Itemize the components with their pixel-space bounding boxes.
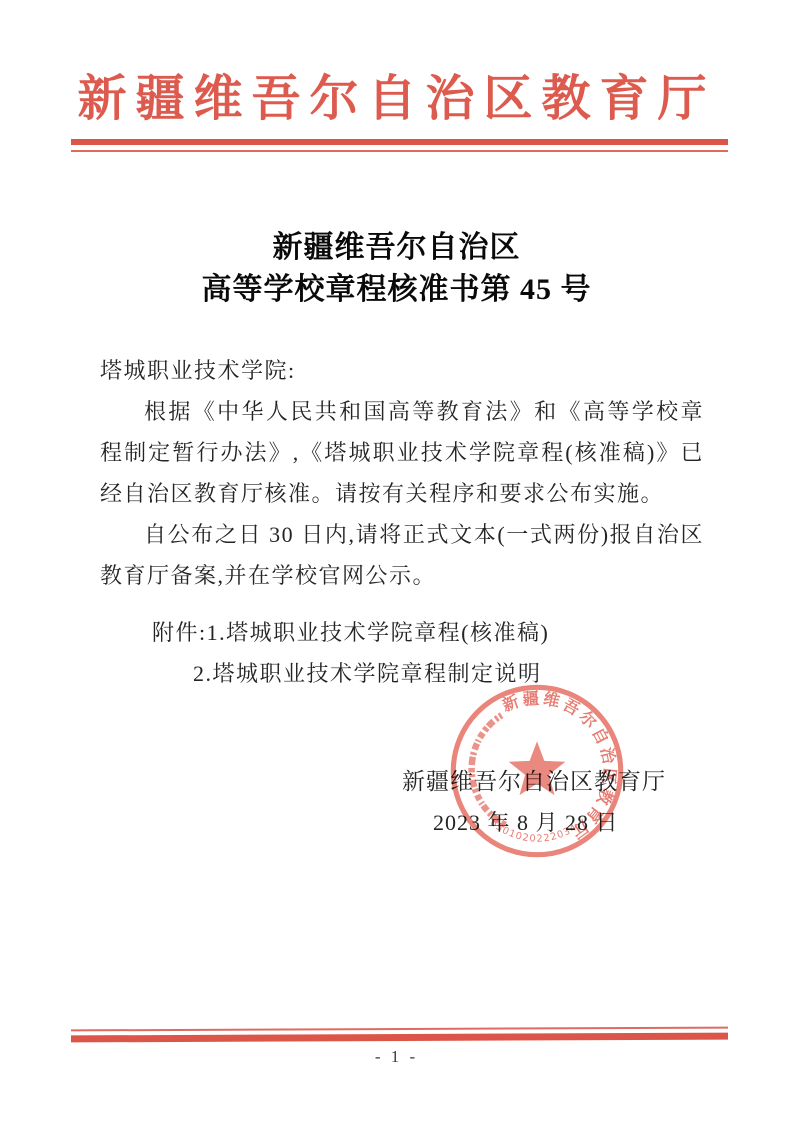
footer-rule-thick bbox=[71, 1033, 728, 1043]
masthead-agency-name: 新疆维吾尔自治区教育厅 bbox=[0, 60, 793, 130]
attachment-item-1: 附件:1.塔城职业技术学院章程(核准稿) bbox=[100, 612, 704, 653]
header-rule-thick bbox=[71, 139, 728, 145]
letter-body: 塔城职业技术学院: 根据《中华人民共和国高等教育法》和《高等学校章程制定暂行办法… bbox=[100, 350, 704, 694]
footer-rule-thin bbox=[71, 1027, 728, 1032]
page-number: - 1 - bbox=[0, 1047, 793, 1067]
header-rule-thin bbox=[71, 150, 728, 152]
document-page: 新疆维吾尔自治区教育厅 新疆维吾尔自治区 高等学校章程核准书第 45 号 塔城职… bbox=[0, 0, 793, 1121]
document-title-line1: 新疆维吾尔自治区 bbox=[0, 227, 793, 269]
document-title: 新疆维吾尔自治区 高等学校章程核准书第 45 号 bbox=[0, 227, 793, 311]
official-seal: 新疆维吾尔自治区教育厅 6501020222034 bbox=[444, 678, 630, 864]
seal-uyghur-script-arc bbox=[472, 715, 506, 825]
seal-star-icon bbox=[509, 741, 566, 795]
document-title-line2: 高等学校章程核准书第 45 号 bbox=[0, 269, 793, 311]
paragraph-1: 根据《中华人民共和国高等教育法》和《高等学校章程制定暂行办法》,《塔城职业技术学… bbox=[100, 391, 704, 514]
salutation: 塔城职业技术学院: bbox=[100, 350, 704, 391]
seal-number: 6501020222034 bbox=[488, 817, 580, 844]
paragraph-2: 自公布之日 30 日内,请将正式文本(一式两份)报自治区教育厅备案,并在学校官网… bbox=[100, 514, 704, 596]
